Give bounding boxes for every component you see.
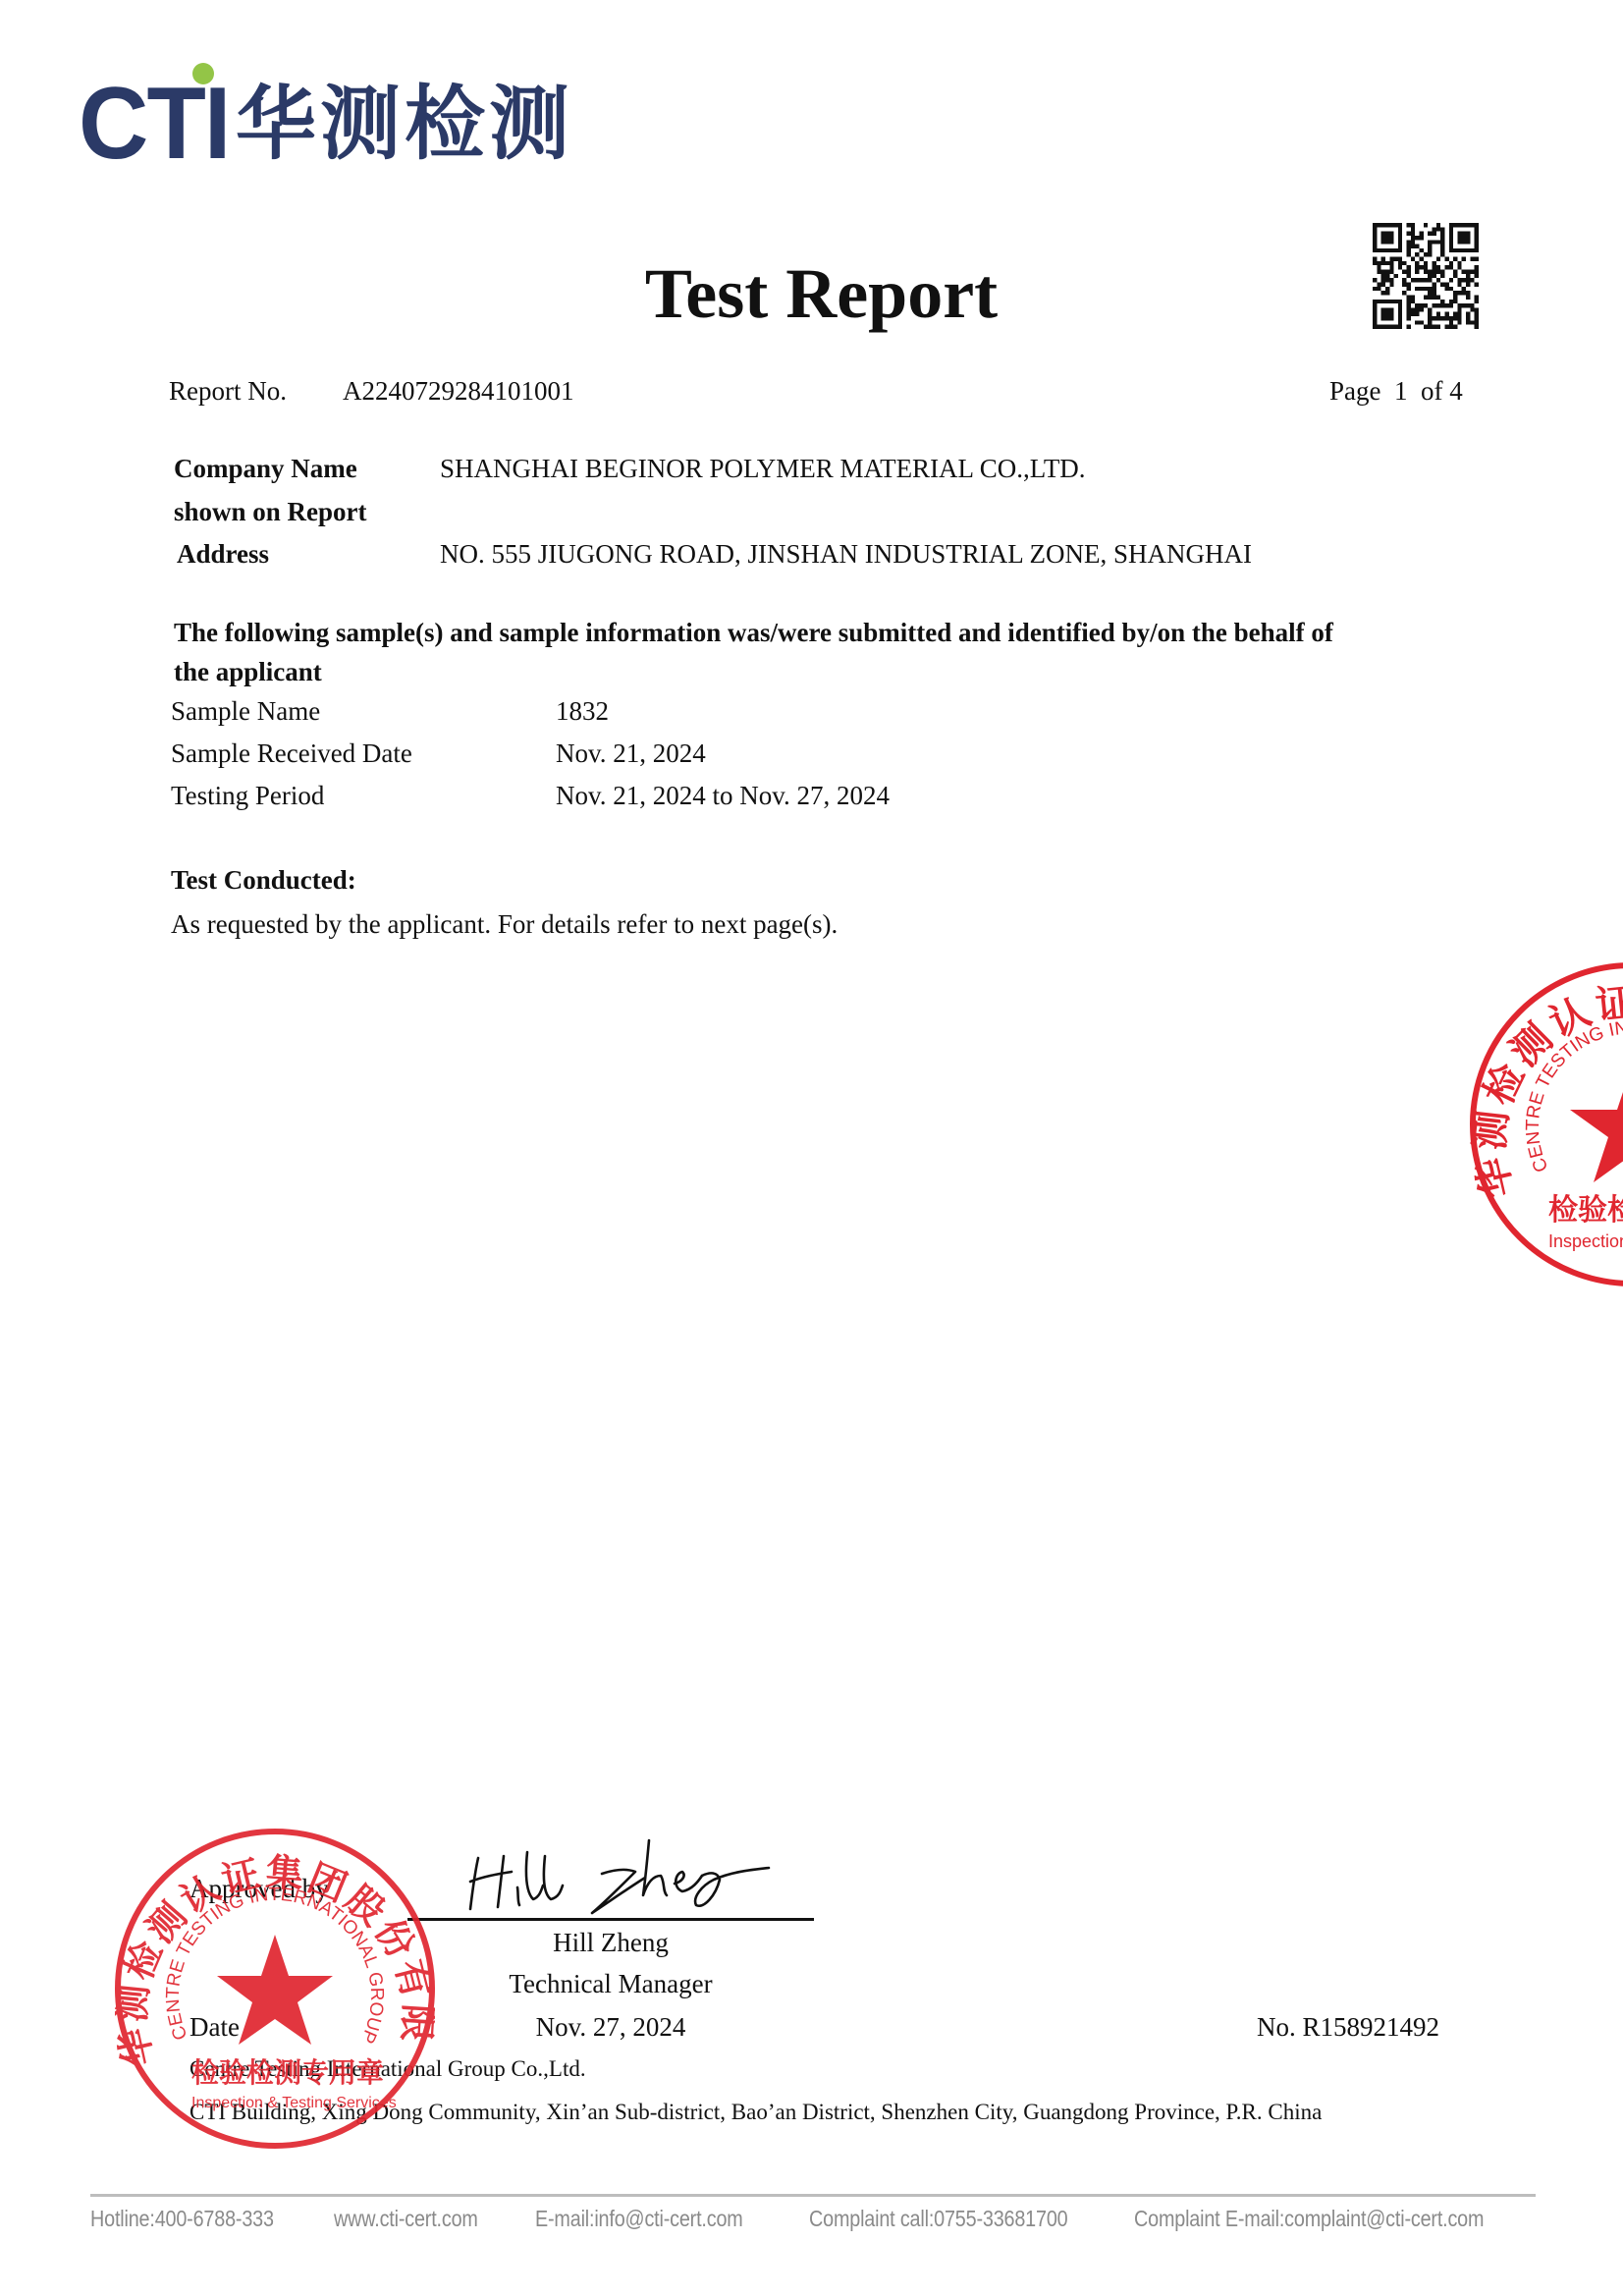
seal-graphic: 华测检测认证集团股份有限公司 CENTRE TESTING INTERNATIO…	[115, 1829, 435, 2149]
footer-email[interactable]: E-mail:info@cti-cert.com	[535, 2206, 743, 2232]
signatory-name: Hill Zheng	[407, 1928, 814, 1958]
testing-period-label: Testing Period	[171, 781, 324, 811]
document-number: No. R158921492	[1257, 2012, 1439, 2043]
sample-received-date-label: Sample Received Date	[171, 738, 412, 769]
sample-name-value: 1832	[556, 696, 609, 727]
svg-text:Inspection & Testing Services: Inspection & Testing Services	[1548, 1231, 1623, 1251]
seal-graphic: 华测检测认证集团股份有限公司 CENTRE TESTING INTERNATIO…	[1470, 962, 1623, 1286]
cti-logo: CTI 华测检测	[79, 61, 609, 171]
footer-complaint-call: Complaint call:0755-33681700	[809, 2206, 1068, 2232]
signature-image	[457, 1836, 771, 1915]
logo-chinese-text: 华测检测	[236, 81, 573, 169]
footer-complaint-email[interactable]: Complaint E-mail:complaint@cti-cert.com	[1134, 2206, 1484, 2232]
official-seal-right: 华测检测认证集团股份有限公司 CENTRE TESTING INTERNATIO…	[1470, 962, 1623, 1286]
svg-text:检验检测专用章: 检验检测专用章	[191, 2056, 384, 2089]
sample-received-date-value: Nov. 21, 2024	[556, 738, 706, 769]
page-indicator: Page 1 of 4	[1329, 376, 1463, 407]
report-no-label: Report No.	[169, 376, 287, 407]
svg-text:Inspection & Testing Services: Inspection & Testing Services	[191, 2095, 397, 2111]
footer-divider	[90, 2194, 1536, 2197]
address-value: NO. 555 JIUGONG ROAD, JINSHAN INDUSTRIAL…	[440, 539, 1252, 570]
testing-period-value: Nov. 21, 2024 to Nov. 27, 2024	[556, 781, 890, 811]
report-no-value: A2240729284101001	[343, 376, 574, 407]
test-conducted-heading: Test Conducted:	[171, 865, 356, 896]
page-label: Page	[1329, 376, 1380, 406]
footer-website[interactable]: www.cti-cert.com	[334, 2206, 478, 2232]
address-label: Address	[177, 539, 269, 570]
signature-line	[407, 1918, 814, 1921]
company-name-value: SHANGHAI BEGINOR POLYMER MATERIAL CO.,LT…	[440, 454, 1086, 484]
company-name-label-line2: shown on Report	[174, 497, 367, 527]
sample-intro-line2: the applicant	[174, 657, 322, 687]
footer-hotline: Hotline:400-6788-333	[90, 2206, 274, 2232]
page-total: of 4	[1421, 376, 1463, 406]
company-name-label: Company Name	[174, 454, 357, 484]
sample-name-label: Sample Name	[171, 696, 320, 727]
approval-date: Nov. 27, 2024	[407, 2012, 814, 2043]
sample-intro-line1: The following sample(s) and sample infor…	[174, 618, 1333, 648]
qr-code-icon	[1373, 223, 1479, 329]
test-conducted-text: As requested by the applicant. For detai…	[171, 909, 838, 940]
svg-text:检验检测专用章: 检验检测专用章	[1548, 1193, 1623, 1228]
official-seal-bottom: 华测检测认证集团股份有限公司 CENTRE TESTING INTERNATIO…	[115, 1829, 435, 2149]
page-current: 1	[1394, 376, 1408, 406]
logo-latin-text: CTI	[79, 75, 229, 173]
logo-green-dot	[192, 63, 214, 84]
signatory-position: Technical Manager	[407, 1969, 814, 1999]
